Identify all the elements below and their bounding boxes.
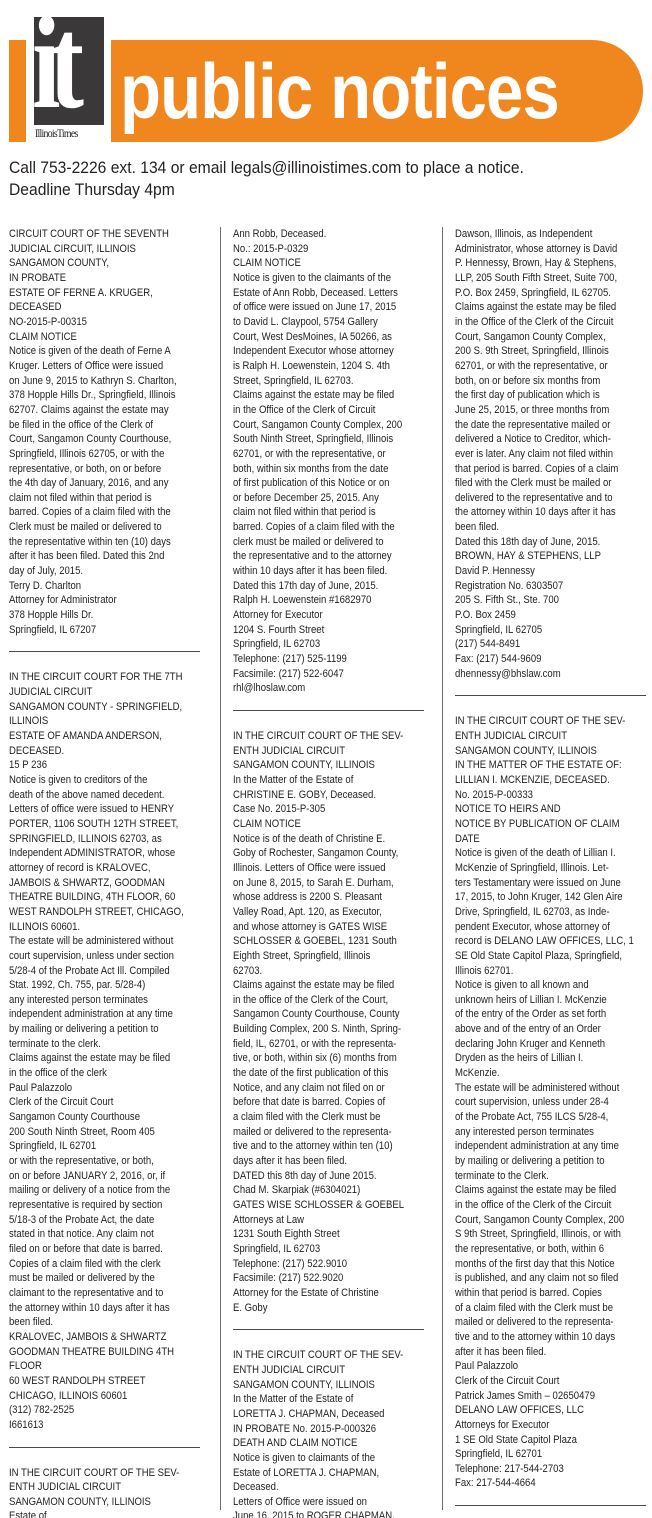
notice-text-line: by mailing or delivering a petition to (9, 1022, 209, 1037)
notice-text-line: GOODMAN THEATRE BUILDING 4TH (9, 1345, 209, 1360)
notice-text-line: delivered a Notice to Creditor, which- (455, 432, 652, 447)
notice-text-line: after it has been filed. (455, 1345, 652, 1360)
notice-text-line: ters Testamentary were issued on June (455, 876, 652, 891)
notice-text-line: Terry D. Charlton (9, 579, 209, 594)
notice-text-line: the representative and to the attorney (233, 549, 433, 564)
notice-text-line: IN PROBATE No. 2015-P-000326 (233, 1422, 433, 1437)
deadline-line: Deadline Thursday 4pm (9, 179, 598, 201)
notice-text-line: JUDICIAL CIRCUIT (9, 685, 209, 700)
column-divider (442, 227, 443, 1510)
notice-text-line: Telephone: 217-544-2703 (455, 1462, 652, 1477)
notice-text-line: IN THE CIRCUIT COURT OF THE SEV- (455, 714, 652, 729)
page-title: public notices (120, 40, 559, 142)
notice-text-line: representative is required by section (9, 1198, 209, 1213)
notice-text-line: Street, Springfield, IL 62703. (233, 374, 433, 389)
notice-separator (455, 1505, 646, 1506)
contact-line: Call 753-2226 ext. 134 or email legals@i… (9, 157, 598, 179)
notice-text-line: the first day of publication which is (455, 388, 652, 403)
notice-text-line: 378 Hopple Hills Dr. (9, 608, 209, 623)
notice-text-line: Court, Sangamon County Courthouse, (9, 432, 209, 447)
notice-text-line: Dawson, Illinois, as Independent (455, 227, 652, 242)
notice-text-line: CLAIM NOTICE (9, 330, 209, 345)
notice-text-line: IN PROBATE (9, 271, 209, 286)
notice-text-line: GATES WISE SCHLOSSER & GOEBEL (233, 1198, 433, 1213)
notice-text-line: unknown heirs of Lillian I. McKenzie (455, 993, 652, 1008)
notice-text-line: (312) 782-2525 (9, 1403, 209, 1418)
notice-text-line: 200 S. 9th Street, Springfield, Illinois (455, 344, 652, 359)
notice-text-line: Attorneys at Law (233, 1213, 433, 1228)
notice-text-line: In the Matter of the Estate of (233, 1392, 433, 1407)
notice-text-line: 5/18-3 of the Probate Act, the date (9, 1213, 209, 1228)
notice-separator (233, 710, 424, 711)
notice-text-line: Chad M. Skarpiak (#6304021) (233, 1183, 433, 1198)
legal-notice: IN THE CIRCUIT COURT OF THE SEV-ENTH JUD… (455, 714, 652, 1491)
public-notices-banner: it IllinoisTimes public notices (0, 0, 652, 150)
notice-text-line: Claims against the estate may be filed (455, 300, 652, 315)
notice-text-line: Estate of (9, 1509, 209, 1518)
notice-text-line: Springfield, IL 62705 (455, 623, 652, 638)
notice-text-line: No.: 2015-P-0329 (233, 242, 433, 257)
notice-separator (233, 1329, 424, 1330)
placement-instructions: Call 753-2226 ext. 134 or email legals@i… (9, 157, 598, 201)
notice-text-line: WEST RANDOLPH STREET, CHICAGO, (9, 905, 209, 920)
notice-text-line: 17, 2015, to John Kruger, 142 Glen Aire (455, 890, 652, 905)
legal-notice: IN THE CIRCUIT COURT OF THE SEV-ENTH JUD… (233, 1348, 433, 1518)
notice-text-line: Telephone: (217) 525-1199 (233, 652, 433, 667)
notice-text-line: day of July, 2015. (9, 564, 209, 579)
notice-text-line: any interested person terminates (9, 993, 209, 1008)
notice-text-line: Springfield, IL 62703 (233, 637, 433, 652)
notice-text-line: Deceased. (233, 1480, 433, 1495)
notice-text-line: mailed or delivered to the representa- (233, 1125, 433, 1140)
notice-text-line: Illinois 62701. (455, 964, 652, 979)
notice-text-line: been filed. (9, 1315, 209, 1330)
notice-text-line: filed with the Clerk must be mailed or (455, 476, 652, 491)
notice-text-line: in the Office of the Clerk of Circuit (233, 403, 433, 418)
notice-text-line: ENTH JUDICIAL CIRCUIT (233, 1363, 433, 1378)
notice-text-line: whose address is 2200 S. Pleasant (233, 890, 433, 905)
notice-text-line: CIRCUIT COURT OF THE SEVENTH (9, 227, 209, 242)
logo-letters: it (34, 17, 73, 125)
notice-text-line: ILLINOIS (9, 714, 209, 729)
notice-text-line: 1 SE Old State Capitol Plaza (455, 1433, 652, 1448)
notice-text-line: court supervision, unless under section (9, 949, 209, 964)
notice-text-line: SANGAMON COUNTY, ILLINOIS (455, 744, 652, 759)
notice-text-line: Independent Executor whose attorney (233, 344, 433, 359)
notice-text-line: Clerk of the Circuit Court (455, 1374, 652, 1389)
notice-text-line: Claims against the estate may be filed (233, 388, 433, 403)
notice-text-line: stated in that notice. Any claim not (9, 1227, 209, 1242)
notice-text-line: Stat. 1992, Ch. 755, par. 5/28-4) (9, 978, 209, 993)
notice-text-line: SANGAMON COUNTY, ILLINOIS (233, 1378, 433, 1393)
notice-text-line: ENTH JUDICIAL CIRCUIT (233, 744, 433, 759)
notice-text-line: claimant to the representative and to (9, 1286, 209, 1301)
notice-text-line: IN THE CIRCUIT COURT OF THE SEV- (9, 1466, 209, 1481)
notice-text-line: the date of the first publication of thi… (233, 1066, 433, 1081)
notice-text-line: Facsimile: (217) 522-6047 (233, 667, 433, 682)
notice-text-line: 62707. Claims against the estate may (9, 403, 209, 418)
notice-text-line: Building Complex, 200 S. Ninth, Spring- (233, 1022, 433, 1037)
notice-text-line: barred. Copies of a claim filed with the (9, 505, 209, 520)
notice-text-line: THEATRE BUILDING, 4TH FLOOR, 60 (9, 890, 209, 905)
notice-text-line: Attorney for Executor (233, 608, 433, 623)
notice-text-line: in the office of the Clerk of the Circui… (455, 1198, 652, 1213)
notice-text-line: is published, and any claim not so filed (455, 1271, 652, 1286)
legal-notice: CIRCUIT COURT OF THE SEVENTHJUDICIAL CIR… (9, 227, 209, 637)
notice-text-line: rhl@lhoslaw.com (233, 681, 433, 696)
notice-text-line: SCHLOSSER & GOEBEL, 1231 South (233, 934, 433, 949)
notice-text-line: on June 9, 2015 to Kathryn S. Charlton, (9, 374, 209, 389)
notice-text-line: P. Hennessy, Brown, Hay & Stephens, (455, 256, 652, 271)
notice-text-line: to David L. Claypool, 5754 Gallery (233, 315, 433, 330)
notice-text-line: Paul Palazzolo (455, 1359, 652, 1374)
notice-text-line: Notice, and any claim not filed on or (233, 1081, 433, 1096)
notice-text-line: McKenzie of Springfield, Illinois. Let- (455, 861, 652, 876)
notice-text-line: DATED this 8th day of June 2015. (233, 1169, 433, 1184)
notice-text-line: Springfield, IL 67207 (9, 623, 209, 638)
notice-text-line: LILLIAN I. MCKENZIE, DECEASED. (455, 773, 652, 788)
notice-text-line: June 16, 2015 to ROGER CHAPMAN, (233, 1509, 433, 1518)
notice-text-line: Patrick James Smith – 02650479 (455, 1389, 652, 1404)
notice-text-line: independent administration at any time (455, 1139, 652, 1154)
notice-text-line: Notice is given to the claimants of the (233, 271, 433, 286)
notice-text-line: ENTH JUDICIAL CIRCUIT (455, 729, 652, 744)
notice-text-line: Kruger. Letters of Office were issued (9, 359, 209, 374)
notice-text-line: by mailing or delivering a petition to (455, 1154, 652, 1169)
notice-text-line: Illinois. Letters of Office were issued (233, 861, 433, 876)
notice-text-line: S 9th Street, Springfield, Illinois, or … (455, 1227, 652, 1242)
notice-text-line: I661613 (9, 1418, 209, 1433)
notice-text-line: DECEASED. (9, 744, 209, 759)
notice-text-line: Administrator, whose attorney is David (455, 242, 652, 257)
notice-text-line: Notice is given of the death of Lillian … (455, 846, 652, 861)
notice-text-line: and whose attorney is GATES WISE (233, 920, 433, 935)
notice-text-line: SPRINGFIELD, ILLINOIS 62703, as (9, 832, 209, 847)
notice-text-line: terminate to the Clerk. (455, 1169, 652, 1184)
notice-text-line: Court, Sangamon County Complex, 200 (233, 418, 433, 433)
notice-text-line: P.O. Box 2459 (455, 608, 652, 623)
notice-text-line: The estate will be administered without (9, 934, 209, 949)
notice-text-line: that period is barred. Copies of a claim (455, 462, 652, 477)
notice-text-line: Dated this 18th day of June, 2015. (455, 535, 652, 550)
legal-notice: IN THE CIRCUIT COURT OF THE SEV-ENTH JUD… (233, 729, 433, 1315)
notice-text-line: Attorney for Administrator (9, 593, 209, 608)
notice-text-line: McKenzie. (455, 1066, 652, 1081)
notice-text-line: months of the first day that this Notice (455, 1257, 652, 1272)
notice-text-line: Court, Sangamon County Complex, 200 (455, 1213, 652, 1228)
notice-text-line: the representative, or both, within 6 (455, 1242, 652, 1257)
notice-text-line: Notice is given to claimants of the (233, 1451, 433, 1466)
notice-text-line: ESTATE OF AMANDA ANDERSON, (9, 729, 209, 744)
notice-text-line: LORETTA J. CHAPMAN, Deceased (233, 1407, 433, 1422)
notice-text-line: Fax: 217-544-4664 (455, 1476, 652, 1491)
notice-text-line: DEATH AND CLAIM NOTICE (233, 1436, 433, 1451)
notice-text-line: 62701, or with the representative, or (455, 359, 652, 374)
notice-text-line: 1204 S. Fourth Street (233, 623, 433, 638)
notice-text-line: within 10 days after it has been filed. (233, 564, 433, 579)
notice-text-line: pendent Executor, whose attorney of (455, 920, 652, 935)
notice-text-line: June 25, 2015, or three months from (455, 403, 652, 418)
notice-text-line: ILLINOIS 60601. (9, 920, 209, 935)
notice-text-line: (217) 544-8491 (455, 637, 652, 652)
notice-text-line: is Ralph H. Loewenstein, 1204 S. 4th (233, 359, 433, 374)
notice-text-line: Springfield, IL 62701 (9, 1139, 209, 1154)
notice-text-line: terminate to the clerk. (9, 1037, 209, 1052)
notice-text-line: Clerk of the Circuit Court (9, 1095, 209, 1110)
notice-text-line: Goby of Rochester, Sangamon County, (233, 846, 433, 861)
notice-text-line: tive and to the attorney within 10 days (455, 1330, 652, 1345)
notice-text-line: of the Probate Act, 755 ILCS 5/28-4, (455, 1110, 652, 1125)
notice-text-line: JUDICIAL CIRCUIT, ILLINOIS (9, 242, 209, 257)
notice-text-line: ever is later. Any claim not filed withi… (455, 447, 652, 462)
notice-text-line: 1231 South Eighth Street (233, 1227, 433, 1242)
notice-text-line: court supervision, unless under 28-4 (455, 1095, 652, 1110)
notice-text-line: both, within six months from the date (233, 462, 433, 477)
notice-text-line: after it has been filed. Dated this 2nd (9, 549, 209, 564)
notice-text-line: within that period is barred. Copies (455, 1286, 652, 1301)
notice-text-line: BROWN, HAY & STEPHENS, LLP (455, 549, 652, 564)
notice-text-line: barred. Copies of a claim filed with the (233, 520, 433, 535)
notice-text-line: record is DELANO LAW OFFICES, LLC, 1 (455, 934, 652, 949)
logo-mark: it (34, 17, 104, 125)
notice-text-line: a claim filed with the Clerk must be (233, 1110, 433, 1125)
notice-text-line: In the Matter of the Estate of (233, 773, 433, 788)
notices-column-3: Dawson, Illinois, as IndependentAdminist… (455, 227, 652, 1518)
notice-text-line: FLOOR (9, 1359, 209, 1374)
notice-text-line: Sangamon County Courthouse (9, 1110, 209, 1125)
legal-notice: Dawson, Illinois, as IndependentAdminist… (455, 227, 652, 681)
notice-text-line: in the office of the clerk (9, 1066, 209, 1081)
banner-accent-strip (9, 40, 26, 142)
notice-text-line: IN THE CIRCUIT COURT OF THE SEV- (233, 729, 433, 744)
notice-text-line: been filed. (455, 520, 652, 535)
notice-text-line: Estate of Ann Robb, Deceased. Letters (233, 286, 433, 301)
notice-text-line: IN THE CIRCUIT COURT OF THE SEV- (233, 1348, 433, 1363)
notice-text-line: Letters of office were issued to HENRY (9, 802, 209, 817)
notice-text-line: Paul Palazzolo (9, 1081, 209, 1096)
notice-text-line: No. 2015-P-00333 (455, 788, 652, 803)
notice-text-line: CLAIM NOTICE (233, 817, 433, 832)
notice-text-line: The estate will be administered without (455, 1081, 652, 1096)
notice-text-line: the date the representative mailed or (455, 418, 652, 433)
notice-text-line: the attorney within 10 days after it has (455, 505, 652, 520)
notice-text-line: Notice is given to creditors of the (9, 773, 209, 788)
notice-text-line: 62703. (233, 964, 433, 979)
notice-text-line: Court, Sangamon County Complex, (455, 330, 652, 345)
notice-text-line: E. Goby (233, 1301, 433, 1316)
notice-text-line: claim not filed within that period is (9, 491, 209, 506)
legal-notice: IN THE CIRCUIT COURT OF THE SEV-ENTH JUD… (9, 1466, 209, 1518)
notice-text-line: Springfield, IL 62701 (455, 1447, 652, 1462)
notice-text-line: of office were issued on June 17, 2015 (233, 300, 433, 315)
notice-text-line: on or before JANUARY 2, 2016, or, if (9, 1169, 209, 1184)
notice-text-line: SANGAMON COUNTY, ILLINOIS (9, 1495, 209, 1510)
legal-notice: IN THE CIRCUIT COURT FOR THE 7THJUDICIAL… (9, 670, 209, 1432)
notice-text-line: death of the above named decedent. (9, 788, 209, 803)
notice-text-line: 60 WEST RANDOLPH STREET (9, 1374, 209, 1389)
notice-separator (9, 1447, 200, 1448)
notice-text-line: representative, or both, on or before (9, 462, 209, 477)
illinois-times-logo: it IllinoisTimes (34, 17, 104, 142)
notice-text-line: Drive, Springfield, IL 62703, as Inde- (455, 905, 652, 920)
notice-text-line: Clerk must be mailed or delivered to (9, 520, 209, 535)
notice-text-line: Estate of LORETTA J. CHAPMAN, (233, 1466, 433, 1481)
notice-text-line: days after it has been filed. (233, 1154, 433, 1169)
notice-text-line: PORTER, 1106 SOUTH 12TH STREET, (9, 817, 209, 832)
notice-text-line: filed on or before that date is barred. (9, 1242, 209, 1257)
notice-text-line: above and of the entry of an Order (455, 1022, 652, 1037)
notice-text-line: Attorney for the Estate of Christine (233, 1286, 433, 1301)
notice-text-line: in the office of the Clerk of the Court, (233, 993, 433, 1008)
notice-text-line: be filed in the office of the Clerk of (9, 418, 209, 433)
notice-text-line: mailing or delivery of a notice from the (9, 1183, 209, 1198)
notice-text-line: Facsimile: (217) 522.9020 (233, 1271, 433, 1286)
notice-text-line: Springfield, Illinois 62705, or with the (9, 447, 209, 462)
notice-text-line: NO-2015-P-00315 (9, 315, 209, 330)
notice-text-line: tive and to the attorney within ten (10) (233, 1139, 433, 1154)
notice-text-line: CHICAGO, ILLINOIS 60601 (9, 1389, 209, 1404)
notice-text-line: Court, West DesMoines, IA 50266, as (233, 330, 433, 345)
notice-text-line: Case No. 2015-P-305 (233, 802, 433, 817)
legal-notice: Ann Robb, Deceased.No.: 2015-P-0329CLAIM… (233, 227, 433, 696)
notice-text-line: or before December 25, 2015. Any (233, 491, 433, 506)
notice-text-line: SANGAMON COUNTY - SPRINGFIELD, (9, 700, 209, 715)
notice-text-line: claim not filed within that period is (233, 505, 433, 520)
notice-text-line: Registration No. 6303507 (455, 579, 652, 594)
notice-text-line: KRALOVEC, JAMBOIS & SHWARTZ (9, 1330, 209, 1345)
notice-text-line: IN THE CIRCUIT COURT FOR THE 7TH (9, 670, 209, 685)
notice-text-line: Dated this 17th day of June, 2015. (233, 579, 433, 594)
notice-text-line: 205 S. Fifth St., Ste. 700 (455, 593, 652, 608)
notice-text-line: Dryden as the heirs of Lillian I. (455, 1051, 652, 1066)
notice-text-line: independent administration at any time (9, 1007, 209, 1022)
column-divider (220, 227, 221, 1510)
notice-text-line: 5/28-4 of the Probate Act Ill. Compiled (9, 964, 209, 979)
notice-text-line: Fax: (217) 544-9609 (455, 652, 652, 667)
notice-text-line: NOTICE BY PUBLICATION OF CLAIM (455, 817, 652, 832)
notice-text-line: SANGAMON COUNTY, (9, 256, 209, 271)
notice-text-line: David P. Hennessy (455, 564, 652, 579)
notice-text-line: declaring John Kruger and Kenneth (455, 1037, 652, 1052)
notice-text-line: Notice is of the death of Christine E. (233, 832, 433, 847)
notice-text-line: Eighth Street, Springfield, Illinois (233, 949, 433, 964)
notice-text-line: Letters of Office were issued on (233, 1495, 433, 1510)
notice-text-line: both, on or before six months from (455, 374, 652, 389)
notice-text-line: Attorneys for Executor (455, 1418, 652, 1433)
notice-text-line: NOTICE TO HEIRS AND (455, 802, 652, 817)
notice-text-line: Notice is given of the death of Ferne A (9, 344, 209, 359)
notice-text-line: before that date is barred. Copies of (233, 1095, 433, 1110)
notice-text-line: Claims against the estate may be filed (233, 978, 433, 993)
notice-text-line: of first publication of this Notice or o… (233, 476, 433, 491)
notice-text-line: ESTATE OF FERNE A. KRUGER, (9, 286, 209, 301)
notice-text-line: DELANO LAW OFFICES, LLC (455, 1403, 652, 1418)
notice-text-line: Ralph H. Loewenstein #1682970 (233, 593, 433, 608)
notice-text-line: P.O. Box 2459, Springfield, IL 62705. (455, 286, 652, 301)
notice-text-line: Independent ADMINISTRATOR, whose (9, 846, 209, 861)
notice-text-line: attorney of record is KRALOVEC, (9, 861, 209, 876)
notice-text-line: DATE (455, 832, 652, 847)
notice-text-line: 378 Hopple Hills Dr., Springfield, Illin… (9, 388, 209, 403)
notice-text-line: Sangamon County Courthouse, County (233, 1007, 433, 1022)
notice-text-line: field, IL, 62701, or with the representa… (233, 1037, 433, 1052)
notice-text-line: 200 South Ninth Street, Room 405 (9, 1125, 209, 1140)
logo-wordmark: IllinoisTimes (35, 125, 92, 141)
notice-text-line: mailed or delivered to the representa- (455, 1315, 652, 1330)
notice-text-line: the attorney within 10 days after it has (9, 1301, 209, 1316)
notice-text-line: SANGAMON COUNTY, ILLINOIS (233, 758, 433, 773)
notice-text-line: clerk must be mailed or delivered to (233, 535, 433, 550)
notice-text-line: Telephone: (217) 522.9010 (233, 1257, 433, 1272)
notice-text-line: any interested person terminates (455, 1125, 652, 1140)
notice-text-line: LLP, 205 South Fifth Street, Suite 700, (455, 271, 652, 286)
notice-text-line: the 4th day of January, 2016, and any (9, 476, 209, 491)
notice-text-line: Ann Robb, Deceased. (233, 227, 433, 242)
notice-text-line: Claims against the estate may be filed (9, 1051, 209, 1066)
notice-separator (9, 651, 200, 652)
notice-text-line: tive, or both, within six (6) months fro… (233, 1051, 433, 1066)
notices-column-1: CIRCUIT COURT OF THE SEVENTHJUDICIAL CIR… (9, 227, 209, 1518)
notice-text-line: Springfield, IL 62703 (233, 1242, 433, 1257)
notice-text-line: 62701, or with the representative, or (233, 447, 433, 462)
notice-text-line: CHRISTINE E. GOBY, Deceased. (233, 788, 433, 803)
notice-text-line: Valley Road, Apt. 120, as Executor, (233, 905, 433, 920)
notice-text-line: the representative within ten (10) days (9, 535, 209, 550)
notice-text-line: Notice is given to all known and (455, 978, 652, 993)
notice-text-line: dhennessy@bhslaw.com (455, 667, 652, 682)
notice-text-line: Claims against the estate may be filed (455, 1183, 652, 1198)
notice-text-line: or with the representative, or both, (9, 1154, 209, 1169)
notice-text-line: SE Old State Capitol Plaza, Springfield, (455, 949, 652, 964)
notice-text-line: 15 P 236 (9, 758, 209, 773)
notice-text-line: DECEASED (9, 300, 209, 315)
notice-text-line: Copies of a claim filed with the clerk (9, 1257, 209, 1272)
notice-text-line: delivered to the representative and to (455, 491, 652, 506)
notices-column-2: Ann Robb, Deceased.No.: 2015-P-0329CLAIM… (233, 227, 433, 1518)
notice-text-line: IN THE MATTER OF THE ESTATE OF: (455, 758, 652, 773)
notice-text-line: JAMBOIS & SHWARTZ, GOODMAN (9, 876, 209, 891)
notice-text-line: of a claim filed with the Clerk must be (455, 1301, 652, 1316)
notice-text-line: in the Office of the Clerk of the Circui… (455, 315, 652, 330)
notice-text-line: ENTH JUDICIAL CIRCUIT (9, 1480, 209, 1495)
notice-text-line: CLAIM NOTICE (233, 256, 433, 271)
notice-separator (455, 695, 646, 696)
notice-text-line: of the entry of the Order as set forth (455, 1007, 652, 1022)
notice-text-line: must be mailed or delivered by the (9, 1271, 209, 1286)
notice-text-line: on June 8, 2015, to Sarah E. Durham, (233, 876, 433, 891)
notice-text-line: South Ninth Street, Springfield, Illinoi… (233, 432, 433, 447)
